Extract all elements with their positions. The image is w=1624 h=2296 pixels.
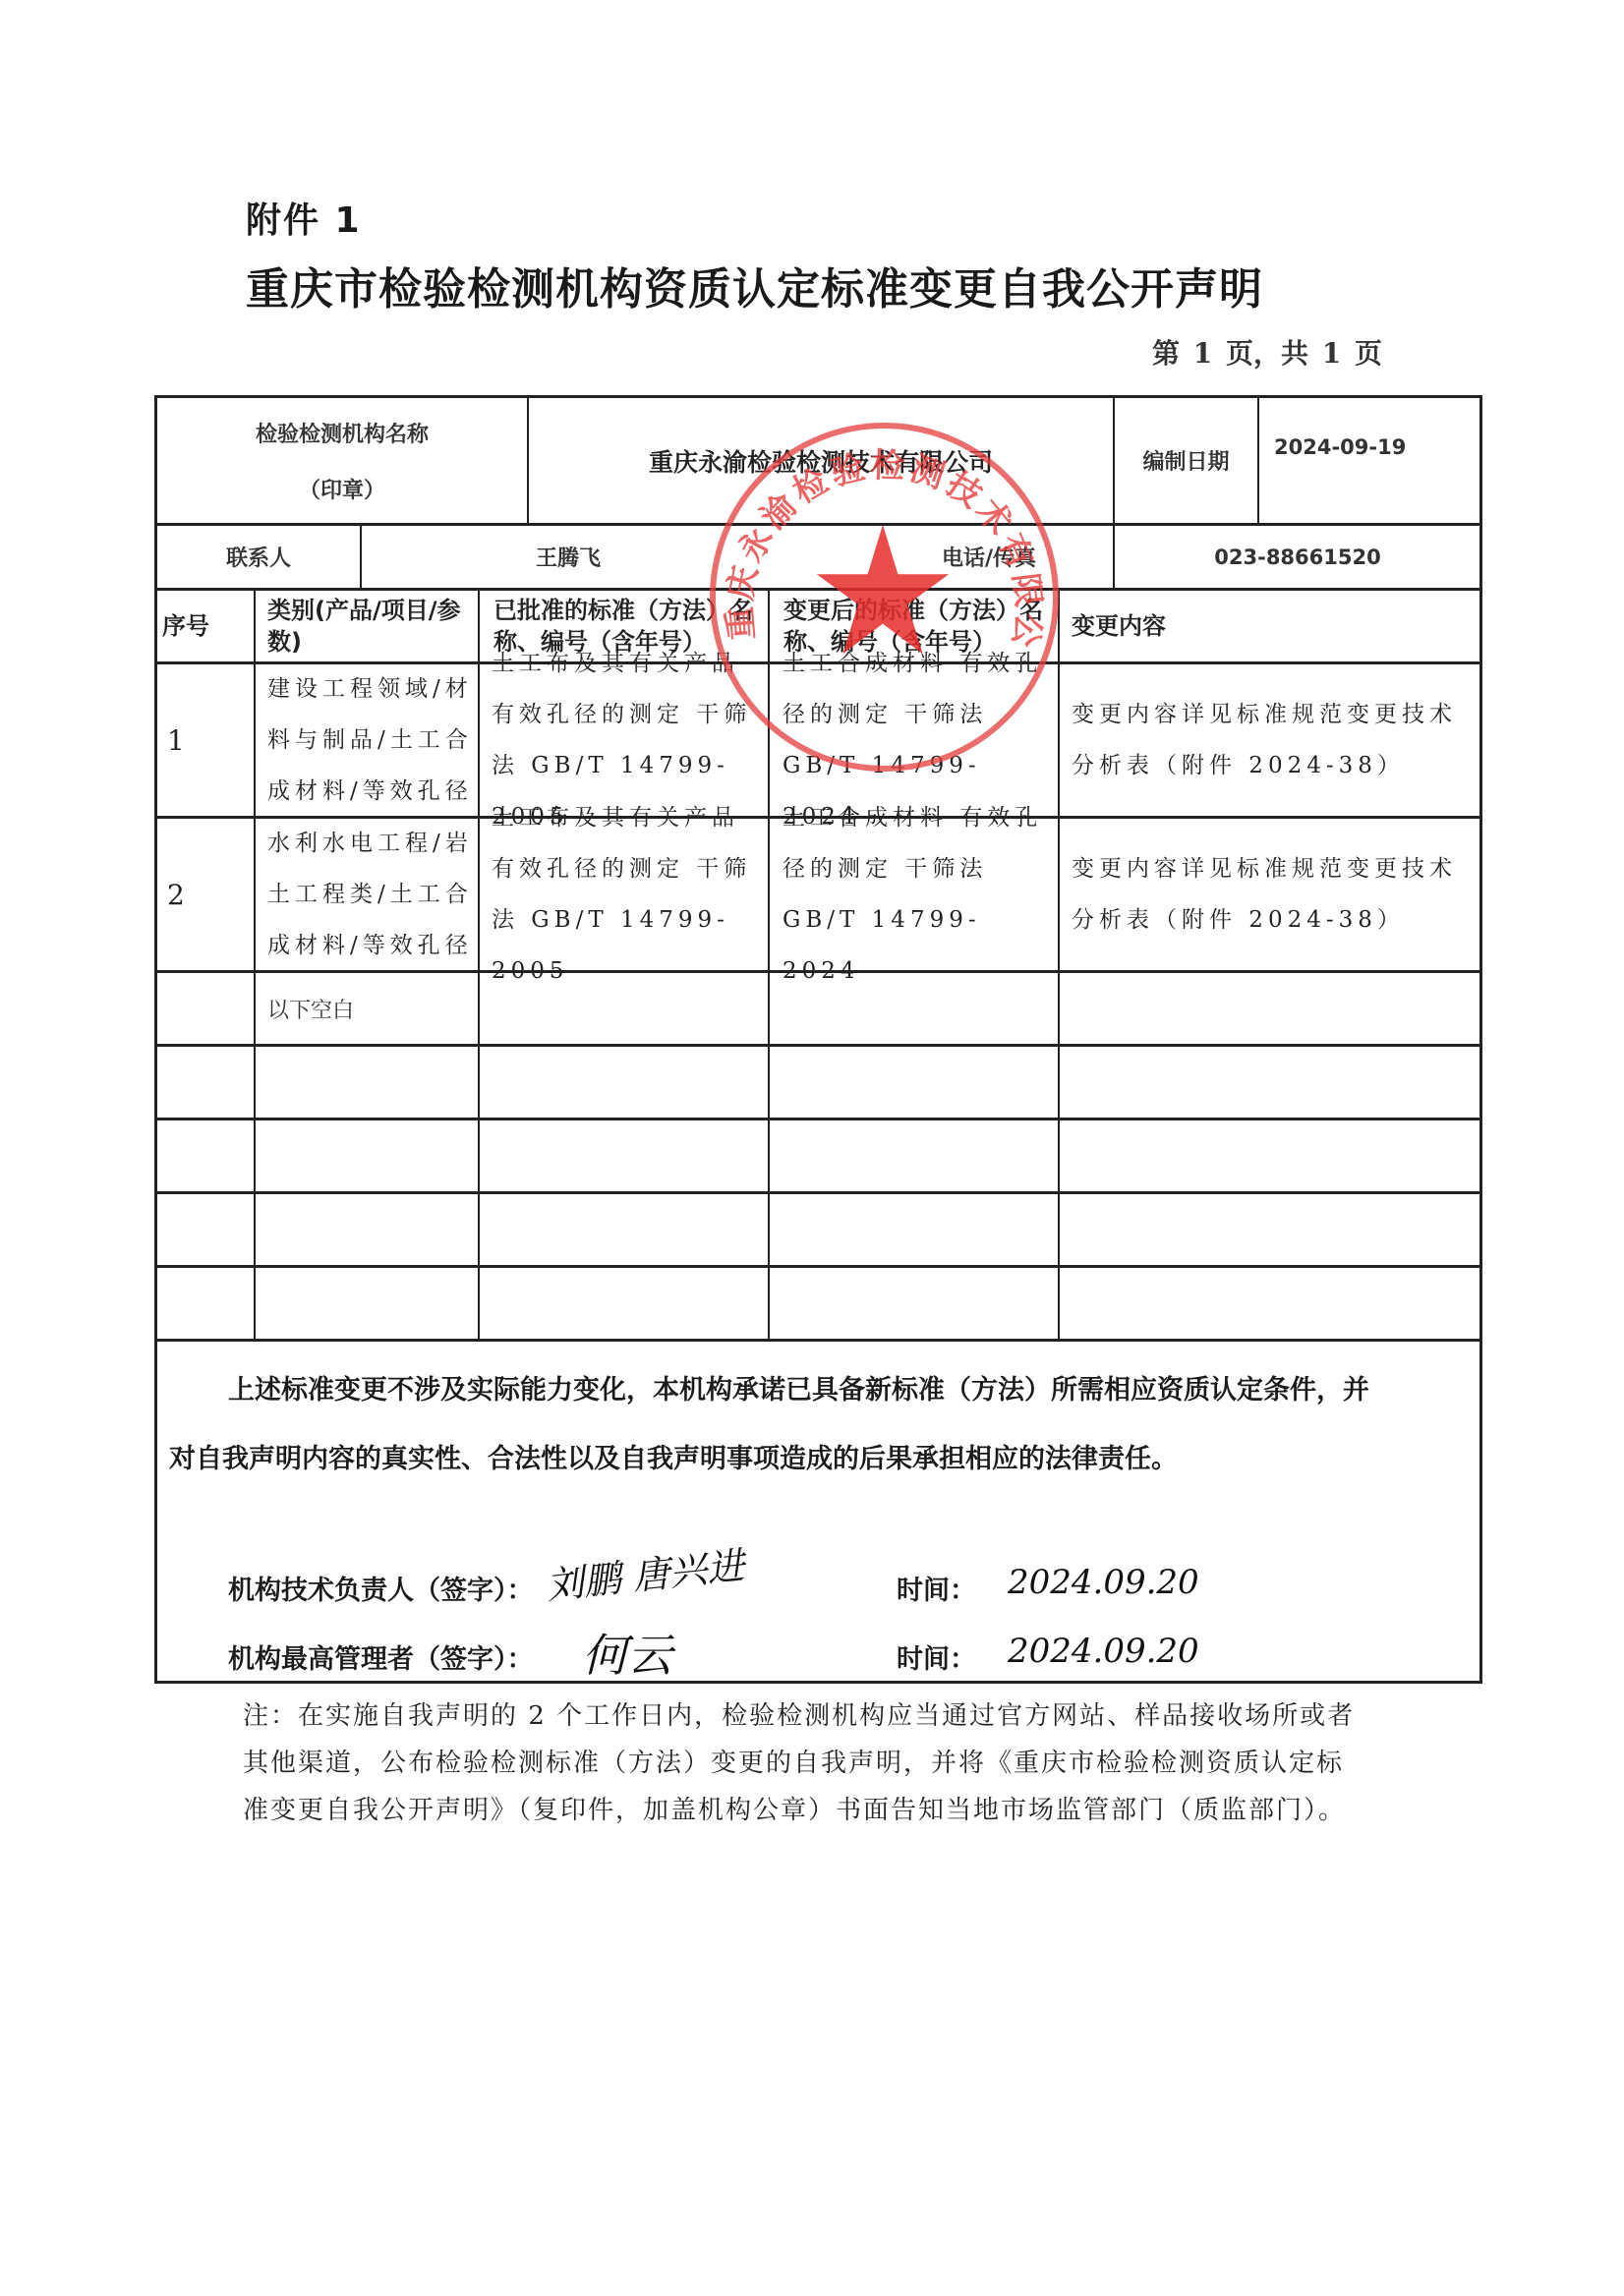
row-number: [167, 973, 252, 1044]
divider: [478, 588, 480, 1340]
row-number: 2: [167, 819, 252, 970]
row-approved-standard: [492, 1268, 765, 1339]
column-header-category: 类别(产品/项目/参数): [267, 591, 476, 661]
org-name-value: 重庆永渝检验检测技术有限公司: [529, 398, 1113, 523]
row-category: [267, 1047, 474, 1118]
row-number: [167, 1194, 252, 1265]
top-manager-signature: 何云: [582, 1620, 672, 1685]
divider: [1058, 588, 1060, 1340]
top-manager-time-label: 时间：: [897, 1637, 976, 1676]
top-manager-label: 机构最高管理者（签字）：: [228, 1637, 534, 1676]
column-header-change-content: 变更内容: [1072, 591, 1465, 661]
footnote-line-2: 其他渠道，公布检验检测标准（方法）变更的自我声明，并将《重庆市检验检测资质认定标: [243, 1740, 1452, 1787]
contact-label: 联系人: [157, 526, 360, 588]
divider: [154, 1339, 1482, 1342]
divider: [254, 588, 256, 1340]
row-changed-standard: [783, 1047, 1056, 1118]
row-approved-standard: [492, 973, 765, 1044]
row-number: [167, 1120, 252, 1191]
prepared-date-value: 2024-09-19: [1274, 398, 1480, 523]
row-change-content: 变更内容详见标准规范变更技术分析表（附件 2024-38）: [1072, 664, 1475, 816]
row-changed-standard: [783, 1194, 1056, 1265]
seal-label-text: （印章）: [299, 474, 385, 504]
page-indicator: 第 1 页，共 1 页: [1152, 332, 1382, 372]
row-approved-standard: [492, 1120, 765, 1191]
phone-value: 023-88661520: [1115, 526, 1480, 588]
attachment-label: 附件 1: [246, 193, 362, 243]
row-change-content: 变更内容详见标准规范变更技术分析表（附件 2024-38）: [1072, 819, 1475, 970]
row-approved-standard: [492, 1194, 765, 1265]
row-change-content: [1072, 1047, 1475, 1118]
divider: [1257, 395, 1259, 524]
row-change-content: [1072, 973, 1475, 1044]
row-category: 以下空白: [267, 973, 474, 1044]
org-name-label: 检验检测机构名称 （印章）: [157, 398, 527, 523]
footnote: 注：在实施自我声明的 2 个工作日内，检验检测机构应当通过官方网站、样品接收场所…: [243, 1693, 1452, 1834]
row-change-content: [1072, 1120, 1475, 1191]
row-number: [167, 1268, 252, 1339]
row-category: 建设工程领域/材料与制品/土工合成材料/等效孔径: [267, 664, 474, 816]
org-name-label-text: 检验检测机构名称: [256, 418, 429, 448]
row-changed-standard: [783, 1120, 1056, 1191]
contact-name: 王腾飞: [362, 526, 775, 588]
footnote-line-1: 注：在实施自我声明的 2 个工作日内，检验检测机构应当通过官方网站、样品接收场所…: [243, 1693, 1452, 1740]
row-category: [267, 1268, 474, 1339]
statement-line-2: 对自我声明内容的真实性、合法性以及自我声明事项造成的后果承担相应的法律责任。: [169, 1437, 1178, 1475]
phone-label: 电话/传真: [865, 526, 1113, 588]
row-changed-standard: 土工合成材料 有效孔径的测定 干筛法 GB/T 14799-2024: [783, 819, 1056, 970]
row-category: [267, 1120, 474, 1191]
row-approved-standard: 土工布及其有关产品有效孔径的测定 干筛法 GB/T 14799-2005: [492, 819, 765, 970]
row-number: 1: [167, 664, 252, 816]
row-change-content: [1072, 1194, 1475, 1265]
row-changed-standard: [783, 1268, 1056, 1339]
row-changed-standard: [783, 973, 1056, 1044]
column-header-no: 序号: [162, 591, 254, 661]
statement-line-1: 上述标准变更不涉及实际能力变化，本机构承诺已具备新标准（方法）所需相应资质认定条…: [228, 1368, 1369, 1406]
footnote-line-3: 准变更自我公开声明》（复印件，加盖机构公章）书面告知当地市场监管部门（质监部门）…: [243, 1787, 1452, 1834]
top-manager-time: 2024.09.20: [1008, 1632, 1199, 1671]
row-approved-standard: [492, 1047, 765, 1118]
row-category: 水利水电工程/岩土工程类/土工合成材料/等效孔径: [267, 819, 474, 970]
row-category: [267, 1194, 474, 1265]
tech-lead-time-label: 时间：: [897, 1569, 976, 1607]
document-title: 重庆市检验检测机构资质认定标准变更自我公开声明: [246, 254, 1263, 316]
divider: [768, 588, 770, 1340]
prepared-date-label: 编制日期: [1115, 398, 1257, 523]
row-number: [167, 1047, 252, 1118]
tech-lead-label: 机构技术负责人（签字）：: [228, 1569, 534, 1607]
row-change-content: [1072, 1268, 1475, 1339]
tech-lead-time: 2024.09.20: [1008, 1563, 1199, 1602]
